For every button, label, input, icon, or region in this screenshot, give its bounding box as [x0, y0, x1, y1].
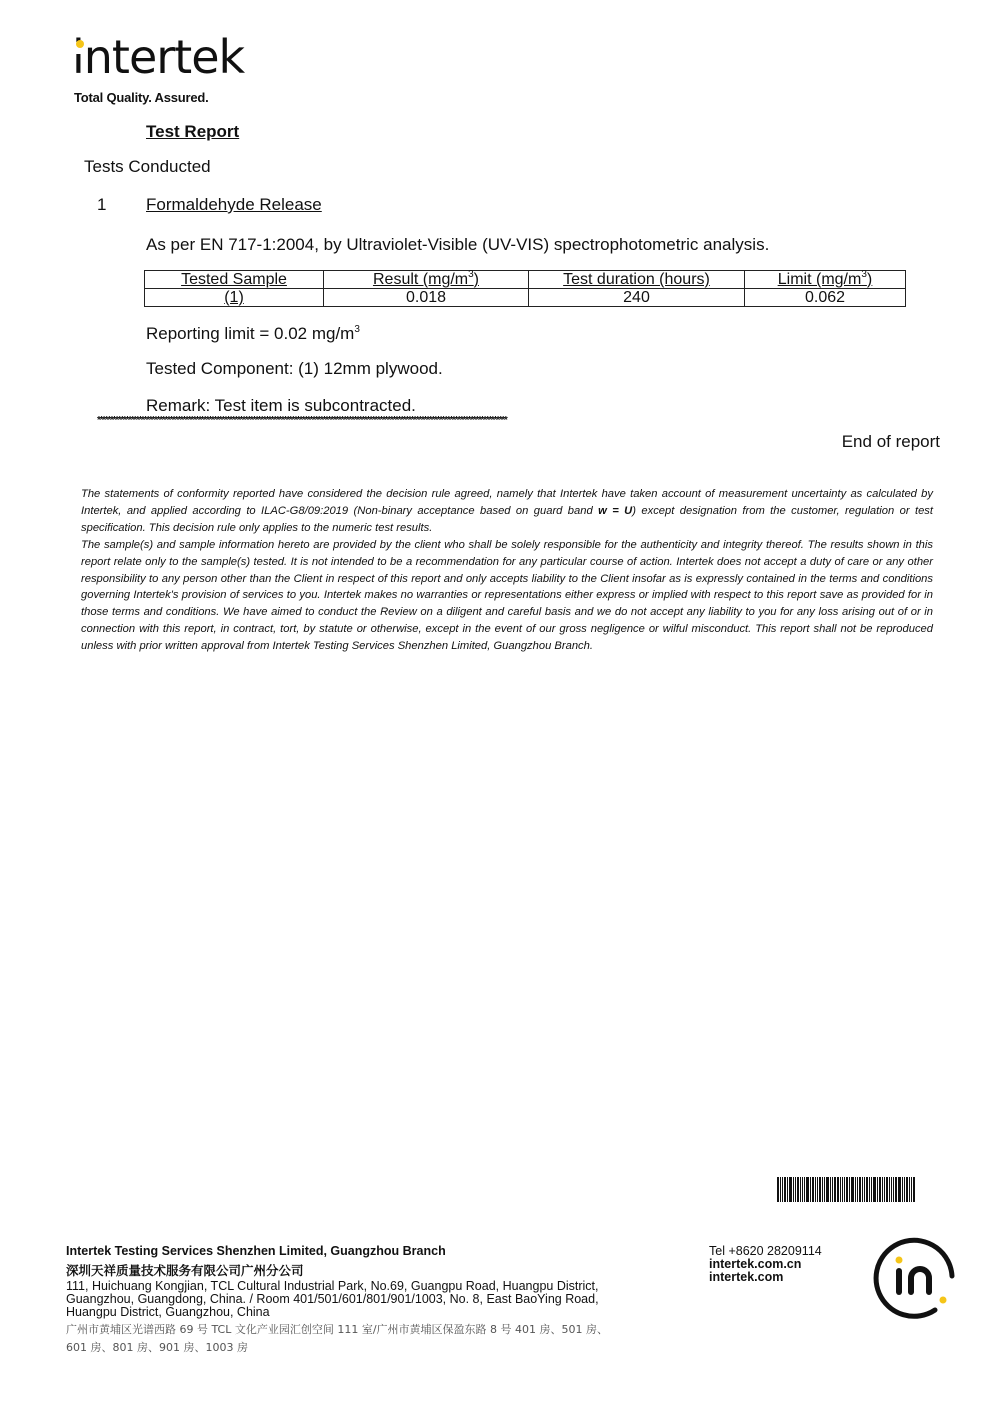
header-result: Result (mg/m3)	[324, 271, 529, 289]
reporting-limit: Reporting limit = 0.02 mg/m3	[146, 324, 360, 344]
test-method: As per EN 717-1:2004, by Ultraviolet-Vis…	[146, 235, 769, 255]
header-test-duration: Test duration (hours)	[529, 271, 745, 289]
disclaimer-liability: The sample(s) and sample information her…	[81, 537, 933, 655]
logo-yellow-dot-icon	[76, 40, 84, 48]
logo-wordmark: intertek	[72, 32, 244, 82]
cell-limit: 0.062	[745, 289, 906, 307]
header-limit: Limit (mg/m3)	[745, 271, 906, 289]
cell-tested-sample: (1)	[145, 289, 324, 307]
intertek-in-logo-icon	[873, 1236, 959, 1322]
test-item-title: Formaldehyde Release	[146, 195, 322, 215]
disclaimer-decision-rule: The statements of conformity reported ha…	[81, 486, 933, 537]
cell-test-duration: 240	[529, 289, 745, 307]
contact-info: Tel +8620 28209114 intertek.com.cn inter…	[709, 1245, 822, 1284]
cell-result: 0.018	[324, 289, 529, 307]
separator-line: ****************************************…	[97, 414, 927, 428]
footer-address-cn: 广州市黄埔区光谱西路 69 号 TCL 文化产业园汇创空间 111 室/广州市黄…	[66, 1321, 626, 1357]
footer-address: 111, Huichuang Kongjian, TCL Cultural In…	[66, 1280, 626, 1319]
page-title: Test Report	[146, 122, 239, 142]
table-row: (1) 0.018 240 0.062	[145, 289, 906, 307]
footer-company-name: Intertek Testing Services Shenzhen Limit…	[66, 1244, 446, 1258]
results-table: Tested Sample Result (mg/m3) Test durati…	[144, 270, 906, 307]
logo-tagline: Total Quality. Assured.	[74, 90, 209, 105]
footer-company-name-cn: 深圳天祥质量技术服务有限公司广州分公司	[66, 1261, 304, 1279]
intertek-logo: intertek Total Quality. Assured.	[72, 38, 272, 108]
barcode-icon	[777, 1177, 941, 1202]
remark: Remark: Test item is subcontracted.	[146, 396, 416, 416]
table-header-row: Tested Sample Result (mg/m3) Test durati…	[145, 271, 906, 289]
header-tested-sample: Tested Sample	[145, 271, 324, 289]
tested-component: Tested Component: (1) 12mm plywood.	[146, 359, 443, 379]
website-link[interactable]: intertek.com	[709, 1271, 822, 1284]
section-heading: Tests Conducted	[84, 157, 211, 177]
end-of-report: End of report	[842, 432, 940, 452]
test-item-number: 1	[97, 195, 106, 215]
disclaimer: The statements of conformity reported ha…	[81, 486, 933, 655]
